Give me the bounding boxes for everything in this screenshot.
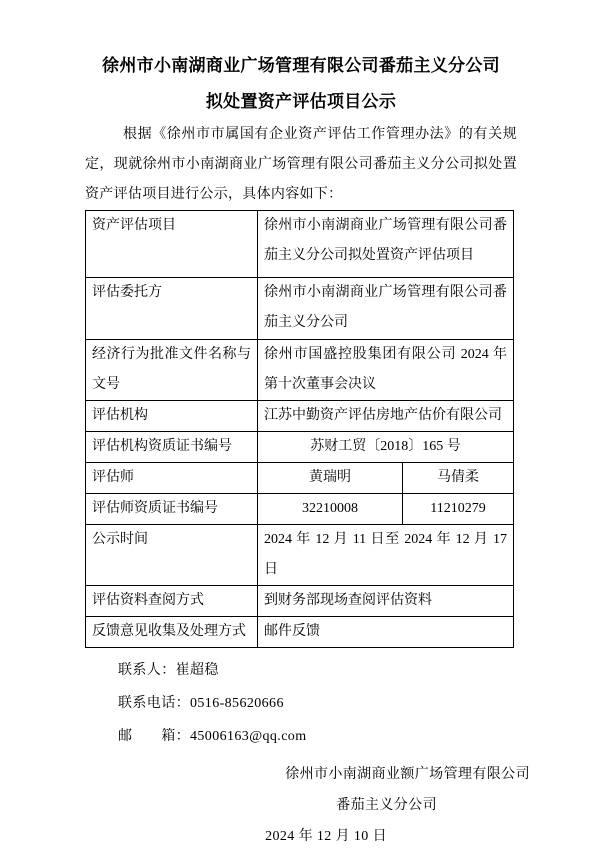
document-page: 徐州市小南湖商业广场管理有限公司番茄主义分公司 拟处置资产评估项目公示 根据《徐… <box>0 0 600 857</box>
row-value: 2024 年 12 月 11 日至 2024 年 12 月 17 日 <box>258 525 514 586</box>
row-label: 公示时间 <box>86 525 258 586</box>
title-line-1: 徐州市小南湖商业广场管理有限公司番茄主义分公司 <box>85 48 517 84</box>
row-value: 苏财工贸〔2018〕165 号 <box>258 432 514 463</box>
signature-company-line-2: 番茄主义分公司 <box>85 790 600 821</box>
table-row-asset-project: 资产评估项目 徐州市小南湖商业广场管理有限公司番茄主义分公司拟处置资产评估项目 <box>86 211 514 278</box>
table-row-agency-certificate: 评估机构资质证书编号 苏财工贸〔2018〕165 号 <box>86 432 514 463</box>
announcement-table: 资产评估项目 徐州市小南湖商业广场管理有限公司番茄主义分公司拟处置资产评估项目 … <box>85 210 514 648</box>
row-value: 邮件反馈 <box>258 617 514 648</box>
table-row-feedback-method: 反馈意见收集及处理方式 邮件反馈 <box>86 617 514 648</box>
signature-date: 2024 年 12 月 10 日 <box>85 821 600 852</box>
row-value-appraiser-2: 马倩柔 <box>403 463 514 494</box>
document-title: 徐州市小南湖商业广场管理有限公司番茄主义分公司 拟处置资产评估项目公示 <box>85 48 517 120</box>
row-value: 到财务部现场查阅评估资料 <box>258 586 514 617</box>
contact-block: 联系人：崔超稳 联系电话：0516-85620666 邮 箱：45006163@… <box>118 654 517 753</box>
row-value-certificate-1: 32210008 <box>258 494 403 525</box>
table-row-appraiser-certificates: 评估师资质证书编号 32210008 11210279 <box>86 494 514 525</box>
table-row-publicity-period: 公示时间 2024 年 12 月 11 日至 2024 年 12 月 17 日 <box>86 525 514 586</box>
row-value: 徐州市国盛控股集团有限公司 2024 年第十次董事会决议 <box>258 340 514 401</box>
contact-email: 邮 箱：45006163@qq.com <box>118 720 517 753</box>
row-label: 评估机构资质证书编号 <box>86 432 258 463</box>
signature-block: 徐州市小南湖商业额广场管理有限公司 番茄主义分公司 2024 年 12 月 10… <box>85 759 600 852</box>
row-value: 徐州市小南湖商业广场管理有限公司番茄主义分公司拟处置资产评估项目 <box>258 211 514 278</box>
table-row-review-method: 评估资料查阅方式 到财务部现场查阅评估资料 <box>86 586 514 617</box>
title-line-2: 拟处置资产评估项目公示 <box>85 84 517 120</box>
row-label: 评估委托方 <box>86 278 258 340</box>
document-body: 徐州市小南湖商业广场管理有限公司番茄主义分公司 拟处置资产评估项目公示 根据《徐… <box>0 0 600 852</box>
row-label: 评估机构 <box>86 401 258 432</box>
table-row-approval-document: 经济行为批准文件名称与文号 徐州市国盛控股集团有限公司 2024 年第十次董事会… <box>86 340 514 401</box>
intro-paragraph: 根据《徐州市市属国有企业资产评估工作管理办法》的有关规定，现就徐州市小南湖商业广… <box>85 120 517 210</box>
row-value: 徐州市小南湖商业广场管理有限公司番茄主义分公司 <box>258 278 514 340</box>
table-row-appraisers: 评估师 黄瑞明 马倩柔 <box>86 463 514 494</box>
table-row-appraisal-agency: 评估机构 江苏中勤资产评估房地产估价有限公司 <box>86 401 514 432</box>
contact-person: 联系人：崔超稳 <box>118 654 517 687</box>
signature-company-line-1: 徐州市小南湖商业额广场管理有限公司 <box>85 759 600 790</box>
row-label: 评估资料查阅方式 <box>86 586 258 617</box>
contact-phone: 联系电话：0516-85620666 <box>118 687 517 720</box>
row-value: 江苏中勤资产评估房地产估价有限公司 <box>258 401 514 432</box>
row-label: 评估师 <box>86 463 258 494</box>
row-value-certificate-2: 11210279 <box>403 494 514 525</box>
row-label: 评估师资质证书编号 <box>86 494 258 525</box>
table-row-client: 评估委托方 徐州市小南湖商业广场管理有限公司番茄主义分公司 <box>86 278 514 340</box>
row-value-appraiser-1: 黄瑞明 <box>258 463 403 494</box>
row-label: 资产评估项目 <box>86 211 258 278</box>
row-label: 经济行为批准文件名称与文号 <box>86 340 258 401</box>
row-label: 反馈意见收集及处理方式 <box>86 617 258 648</box>
